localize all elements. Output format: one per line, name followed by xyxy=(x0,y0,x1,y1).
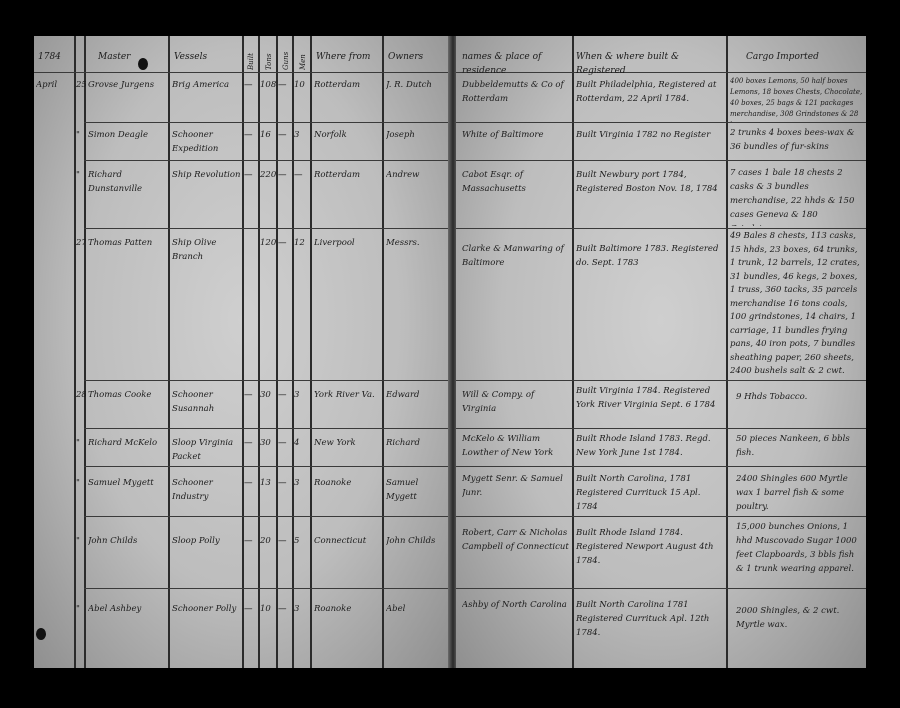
entry-master: Richard McKelo xyxy=(88,436,168,450)
entry-vessel: Schooner Susannah xyxy=(172,388,242,416)
entry-cargo: 7 cases 1 bale 18 chests 2 casks & 3 bun… xyxy=(730,166,864,226)
row-rule xyxy=(456,122,866,123)
header-built-registered: When & where built & Registered xyxy=(576,50,724,78)
entry-from: Connecticut xyxy=(314,534,382,548)
column-rule xyxy=(726,36,728,668)
entry-owner: Samuel Mygett xyxy=(386,476,446,504)
entry-men: 12 xyxy=(294,236,310,250)
header-men: Men xyxy=(296,40,310,70)
entry-built-registered: Built Virginia 1784. Registered York Riv… xyxy=(576,384,724,426)
header-where-from: Where from xyxy=(316,50,380,64)
entry-owner-residence: McKelo & William Lowther of New York xyxy=(462,432,570,464)
entry-day: " xyxy=(76,602,86,616)
entry-owner: J. R. Dutch xyxy=(386,78,448,92)
header-built: Built xyxy=(244,40,258,70)
row-rule xyxy=(84,228,450,229)
entry-owner: Joseph xyxy=(386,128,448,142)
entry-owner-residence: Cabot Esqr. of Massachusetts xyxy=(462,168,570,196)
entry-owner: Abel xyxy=(386,602,448,616)
entry-owner: Edward xyxy=(386,388,448,402)
entry-men: 4 xyxy=(294,436,310,450)
entry-from: Rotterdam xyxy=(314,168,382,182)
row-rule xyxy=(84,428,450,429)
entry-built-registered: Built Philadelphia, Registered at Rotter… xyxy=(576,78,724,120)
entry-built: — xyxy=(244,602,258,616)
entry-from: York River Va. xyxy=(314,388,382,402)
entry-owner: Andrew xyxy=(386,168,448,182)
entry-owner-residence: Mygett Senr. & Samuel Junr. xyxy=(462,472,570,514)
entry-owner: John Childs xyxy=(386,534,448,548)
entry-master: Thomas Patten xyxy=(88,236,168,250)
entry-owner-residence: Robert, Carr & Nicholas Campbell of Conn… xyxy=(462,526,570,566)
entry-built-registered: Built Newbury port 1784, Registered Bost… xyxy=(576,168,724,226)
entry-guns: — xyxy=(278,236,292,250)
entry-built-registered: Built North Carolina, 1781 Registered Cu… xyxy=(576,472,724,514)
entry-guns: — xyxy=(278,476,292,490)
entry-vessel: Ship Olive Branch xyxy=(172,236,242,264)
entry-built-registered: Built Baltimore 1783. Registered do. Sep… xyxy=(576,242,724,282)
entry-built-registered: Built Rhode Island 1783. Regd. New York … xyxy=(576,432,724,464)
entry-day: 27 xyxy=(76,236,86,250)
row-rule xyxy=(456,588,866,589)
column-rule xyxy=(310,36,312,668)
header-guns: Guns xyxy=(279,40,293,70)
row-rule xyxy=(456,380,866,381)
entry-master: Simon Deagle xyxy=(88,128,168,142)
entry-built: — xyxy=(244,436,258,450)
row-rule xyxy=(84,466,450,467)
entry-guns: — xyxy=(278,168,292,182)
entry-master: Samuel Mygett xyxy=(88,476,168,490)
entry-cargo: 2000 Shingles, & 2 cwt. Myrtle wax. xyxy=(736,604,864,636)
entry-built: — xyxy=(244,78,258,92)
row-rule xyxy=(456,466,866,467)
entry-vessel: Schooner Polly xyxy=(172,602,242,616)
row-rule xyxy=(456,428,866,429)
left-ledger-page: 1784 Master Vessels Built Tons Guns Men … xyxy=(34,36,450,668)
entry-master: Abel Ashbey xyxy=(88,602,168,616)
entry-tons: 120 xyxy=(260,236,276,250)
entry-built-registered: Built Virginia 1782 no Register xyxy=(576,128,724,142)
row-rule xyxy=(84,122,450,123)
entry-vessel: Sloop Virginia Packet xyxy=(172,436,242,464)
entry-cargo: 15,000 bunches Onions, 1 hhd Muscovado S… xyxy=(736,520,864,584)
entry-master: John Childs xyxy=(88,534,168,548)
entry-month: April xyxy=(36,78,74,92)
entry-built: — xyxy=(244,476,258,490)
entry-day: " xyxy=(76,476,86,490)
entry-from: Roanoke xyxy=(314,476,382,490)
entry-men: 10 xyxy=(294,78,310,92)
row-rule xyxy=(84,588,450,589)
header-owners: Owners xyxy=(388,50,448,64)
entry-cargo: 49 Bales 8 chests, 113 casks, 15 hhds, 2… xyxy=(730,230,864,378)
header-owner-residence: names & place of residence xyxy=(462,50,570,78)
entry-day: 25 xyxy=(76,78,86,92)
entry-cargo: 50 pieces Nankeen, 6 bbls fish. xyxy=(736,432,864,464)
entry-guns: — xyxy=(278,602,292,616)
header-master: Master xyxy=(98,50,164,64)
entry-from: Liverpool xyxy=(314,236,382,250)
entry-guns: — xyxy=(278,388,292,402)
entry-tons: 10 xyxy=(260,602,276,616)
entry-tons: 16 xyxy=(260,128,276,142)
entry-owner: Richard xyxy=(386,436,448,450)
entry-tons: 30 xyxy=(260,388,276,402)
entry-day: 28 xyxy=(76,388,86,402)
column-rule xyxy=(572,36,574,668)
entry-tons: 30 xyxy=(260,436,276,450)
column-rule xyxy=(382,36,384,668)
entry-vessel: Ship Revolution xyxy=(172,168,242,182)
entry-men: 3 xyxy=(294,388,310,402)
entry-built-registered: Built North Carolina 1781 Registered Cur… xyxy=(576,598,724,644)
row-rule xyxy=(84,160,450,161)
entry-cargo: 400 boxes Lemons, 50 half boxes Lemons, … xyxy=(730,76,864,122)
row-rule xyxy=(84,380,450,381)
entry-owner-residence: Clarke & Manwaring of Baltimore xyxy=(462,242,570,282)
row-rule xyxy=(456,228,866,229)
entry-owner: Messrs. xyxy=(386,236,448,250)
entry-from: Roanoke xyxy=(314,602,382,616)
entry-men: 3 xyxy=(294,602,310,616)
entry-men: 5 xyxy=(294,534,310,548)
row-rule xyxy=(84,516,450,517)
entry-master: Thomas Cooke xyxy=(88,388,168,402)
right-ledger-page: names & place of residence When & where … xyxy=(456,36,866,668)
entry-master: Grovse Jurgens xyxy=(88,78,168,92)
row-rule xyxy=(34,72,450,73)
entry-cargo: 2400 Shingles 600 Myrtle wax 1 barrel fi… xyxy=(736,472,864,514)
entry-tons: 220 xyxy=(260,168,276,182)
entry-owner-residence: White of Baltimore xyxy=(462,128,570,142)
entry-master: Richard Dunstanville xyxy=(88,168,168,196)
header-tons: Tons xyxy=(262,40,276,70)
entry-built: — xyxy=(244,534,258,548)
header-cargo: Cargo Imported xyxy=(746,50,864,64)
entry-from: New York xyxy=(314,436,382,450)
entry-men: 3 xyxy=(294,128,310,142)
entry-men: — xyxy=(294,168,310,182)
entry-built-registered: Built Rhode Island 1784. Registered Newp… xyxy=(576,526,724,572)
entry-vessel: Brig America xyxy=(172,78,242,92)
entry-from: Norfolk xyxy=(314,128,382,142)
entry-tons: 13 xyxy=(260,476,276,490)
header-year: 1784 xyxy=(38,50,74,64)
entry-day: " xyxy=(76,436,86,450)
entry-guns: — xyxy=(278,78,292,92)
entry-from: Rotterdam xyxy=(314,78,382,92)
entry-cargo: 2 trunks 4 boxes bees-wax & 36 bundles o… xyxy=(730,126,864,158)
header-vessel: Vessels xyxy=(174,50,240,64)
entry-guns: — xyxy=(278,128,292,142)
entry-day: " xyxy=(76,128,86,142)
entry-vessel: Schooner Expedition xyxy=(172,128,242,156)
row-rule xyxy=(456,516,866,517)
entry-owner-residence: Dubbeldemutts & Co of Rotterdam xyxy=(462,78,570,120)
entry-day: " xyxy=(76,168,86,182)
entry-vessel: Sloop Polly xyxy=(172,534,242,548)
column-rule xyxy=(168,36,170,668)
entry-built: — xyxy=(244,168,258,182)
entry-guns: — xyxy=(278,534,292,548)
entry-built: — xyxy=(244,128,258,142)
entry-tons: 20 xyxy=(260,534,276,548)
entry-guns: — xyxy=(278,436,292,450)
entry-built: — xyxy=(244,388,258,402)
entry-day: " xyxy=(76,534,86,548)
entry-men: 3 xyxy=(294,476,310,490)
row-rule xyxy=(456,160,866,161)
entry-tons: 108 xyxy=(260,78,276,92)
ink-blot xyxy=(36,628,46,640)
entry-vessel: Schooner Industry xyxy=(172,476,242,504)
entry-owner-residence: Ashby of North Carolina xyxy=(462,598,570,612)
entry-owner-residence: Will & Compy. of Virginia xyxy=(462,388,570,416)
entry-cargo: 9 Hhds Tobacco. xyxy=(736,390,864,404)
